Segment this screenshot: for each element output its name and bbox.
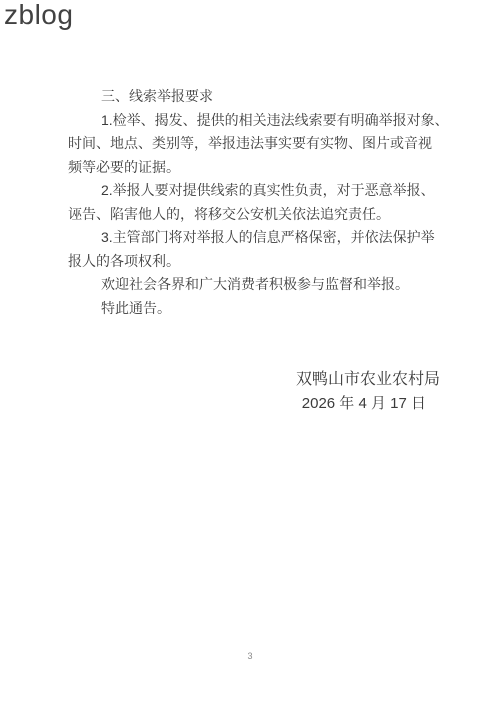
body-line-1: 1.检举、揭发、提供的相关违法线索要有明确举报对象、: [68, 109, 440, 133]
body-line-7: 报人的各项权利。: [68, 250, 440, 274]
body-line-5: 诬告、陷害他人的，将移交公安机关依法追究责任。: [68, 203, 440, 227]
signature-block: 双鸭山市农业农村局 2026 年 4 月 17 日: [68, 368, 440, 416]
page-number: 3: [0, 651, 500, 661]
body-line-3: 频等必要的证据。: [68, 156, 440, 180]
body-line-9: 特此通告。: [68, 297, 440, 321]
site-logo[interactable]: zblog: [4, 0, 73, 31]
section-heading: 三、线索举报要求: [68, 85, 440, 109]
issue-date: 2026 年 4 月 17 日: [68, 392, 440, 416]
issuer-name: 双鸭山市农业农村局: [68, 368, 440, 392]
notice-document: 三、线索举报要求 1.检举、揭发、提供的相关违法线索要有明确举报对象、 时间、地…: [68, 85, 440, 416]
body-line-4: 2.举报人要对提供线索的真实性负责，对于恶意举报、: [68, 179, 440, 203]
body-line-8: 欢迎社会各界和广大消费者积极参与监督和举报。: [68, 273, 440, 297]
page: zblog 三、线索举报要求 1.检举、揭发、提供的相关违法线索要有明确举报对象…: [0, 0, 500, 707]
body-line-6: 3.主管部门将对举报人的信息严格保密，并依法保护举: [68, 226, 440, 250]
body-line-2: 时间、地点、类别等，举报违法事实要有实物、图片或音视: [68, 132, 440, 156]
